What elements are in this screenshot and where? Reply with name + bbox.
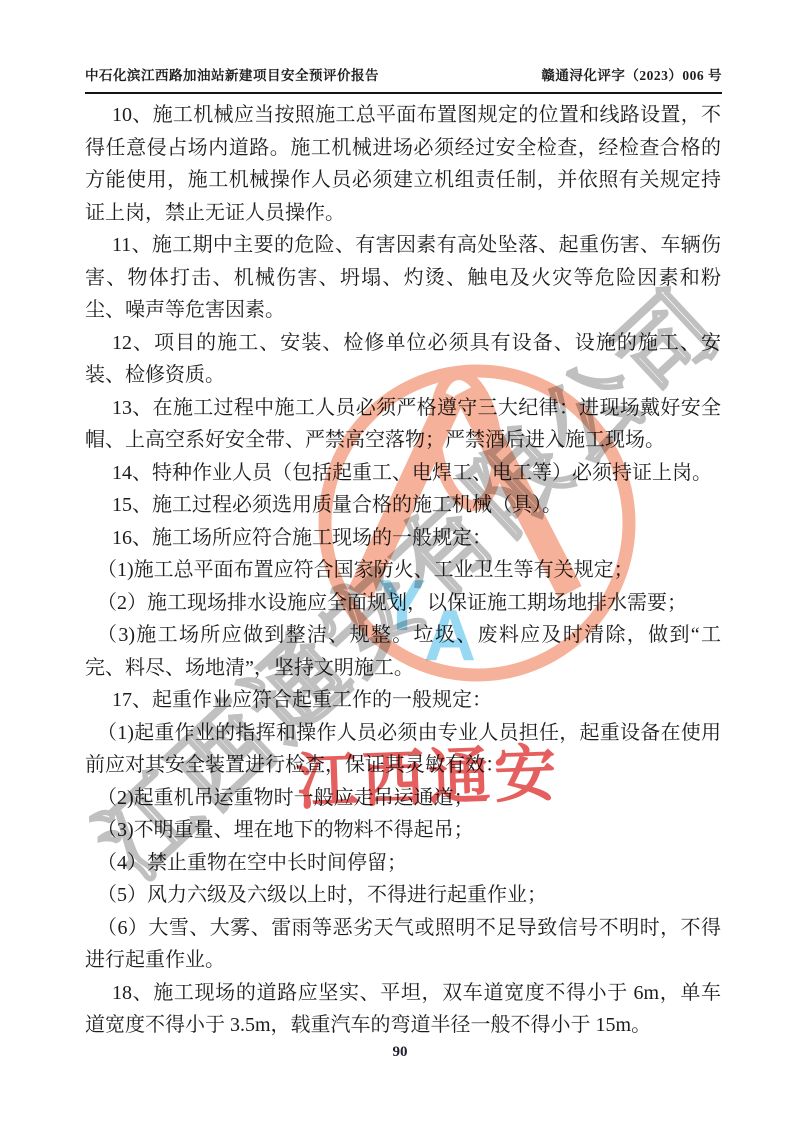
paragraph: （2）施工现场排水设施应全面规划，以保证施工期场地排水需要； — [85, 587, 721, 620]
paragraph: 13、在施工过程中施工人员必须严格遵守三大纪律：进现场戴好安全帽、上高空系好安全… — [85, 392, 721, 457]
paragraph: 18、施工现场的道路应坚实、平坦，双车道宽度不得小于 6m，单车道宽度不得小于 … — [85, 977, 721, 1042]
page-header: 中石化滨江西路加油站新建项目安全预评价报告 赣通浔化评字（2023）006 号 — [85, 64, 722, 84]
paragraph: （3)不明重量、埋在地下的物料不得起吊； — [85, 814, 721, 847]
page-number: 90 — [0, 1044, 800, 1061]
paragraph: 10、施工机械应当按照施工总平面布置图规定的位置和线路设置，不得任意侵占场内道路… — [85, 99, 721, 229]
paragraph: （6）大雪、大雾、雷雨等恶劣天气或照明不足导致信号不明时，不得进行起重作业。 — [85, 912, 721, 977]
paragraph: （4）禁止重物在空中长时间停留； — [85, 847, 721, 880]
document-number: 赣通浔化评字（2023）006 号 — [541, 64, 722, 84]
paragraph: 17、起重作业应符合起重工作的一般规定： — [85, 684, 721, 717]
paragraph: （3)施工场所应做到整洁、规整。垃圾、废料应及时清除，做到“工完、料尽、场地清”… — [85, 619, 721, 684]
paragraph: （1)施工总平面布置应符合国家防火、工业卫生等有关规定； — [85, 554, 721, 587]
paragraph: 16、施工场所应符合施工现场的一般规定： — [85, 522, 721, 555]
header-divider — [85, 92, 722, 94]
paragraph: 12、项目的施工、安装、检修单位必须具有设备、设施的施工、安装、检修资质。 — [85, 327, 721, 392]
paragraph: （5）风力六级及六级以上时，不得进行起重作业； — [85, 879, 721, 912]
paragraph: 15、施工过程必须选用质量合格的施工机械（具）。 — [85, 489, 721, 522]
paragraph: （1)起重作业的指挥和操作人员必须由专业人员担任，起重设备在使用前应对其安全装置… — [85, 717, 721, 782]
paragraph: 11、施工期中主要的危险、有害因素有高处坠落、起重伤害、车辆伤害、物体打击、机械… — [85, 229, 721, 327]
report-body: 10、施工机械应当按照施工总平面布置图规定的位置和线路设置，不得任意侵占场内道路… — [85, 99, 721, 1042]
paragraph: 14、特种作业人员（包括起重工、电焊工、电工等）必须持证上岗。 — [85, 457, 721, 490]
paragraph: （2)起重机吊运重物时一般应走吊运通道； — [85, 782, 721, 815]
document-page: 中石化滨江西路加油站新建项目安全预评价报告 赣通浔化评字（2023）006 号 … — [0, 0, 800, 1131]
report-title: 中石化滨江西路加油站新建项目安全预评价报告 — [85, 64, 379, 84]
